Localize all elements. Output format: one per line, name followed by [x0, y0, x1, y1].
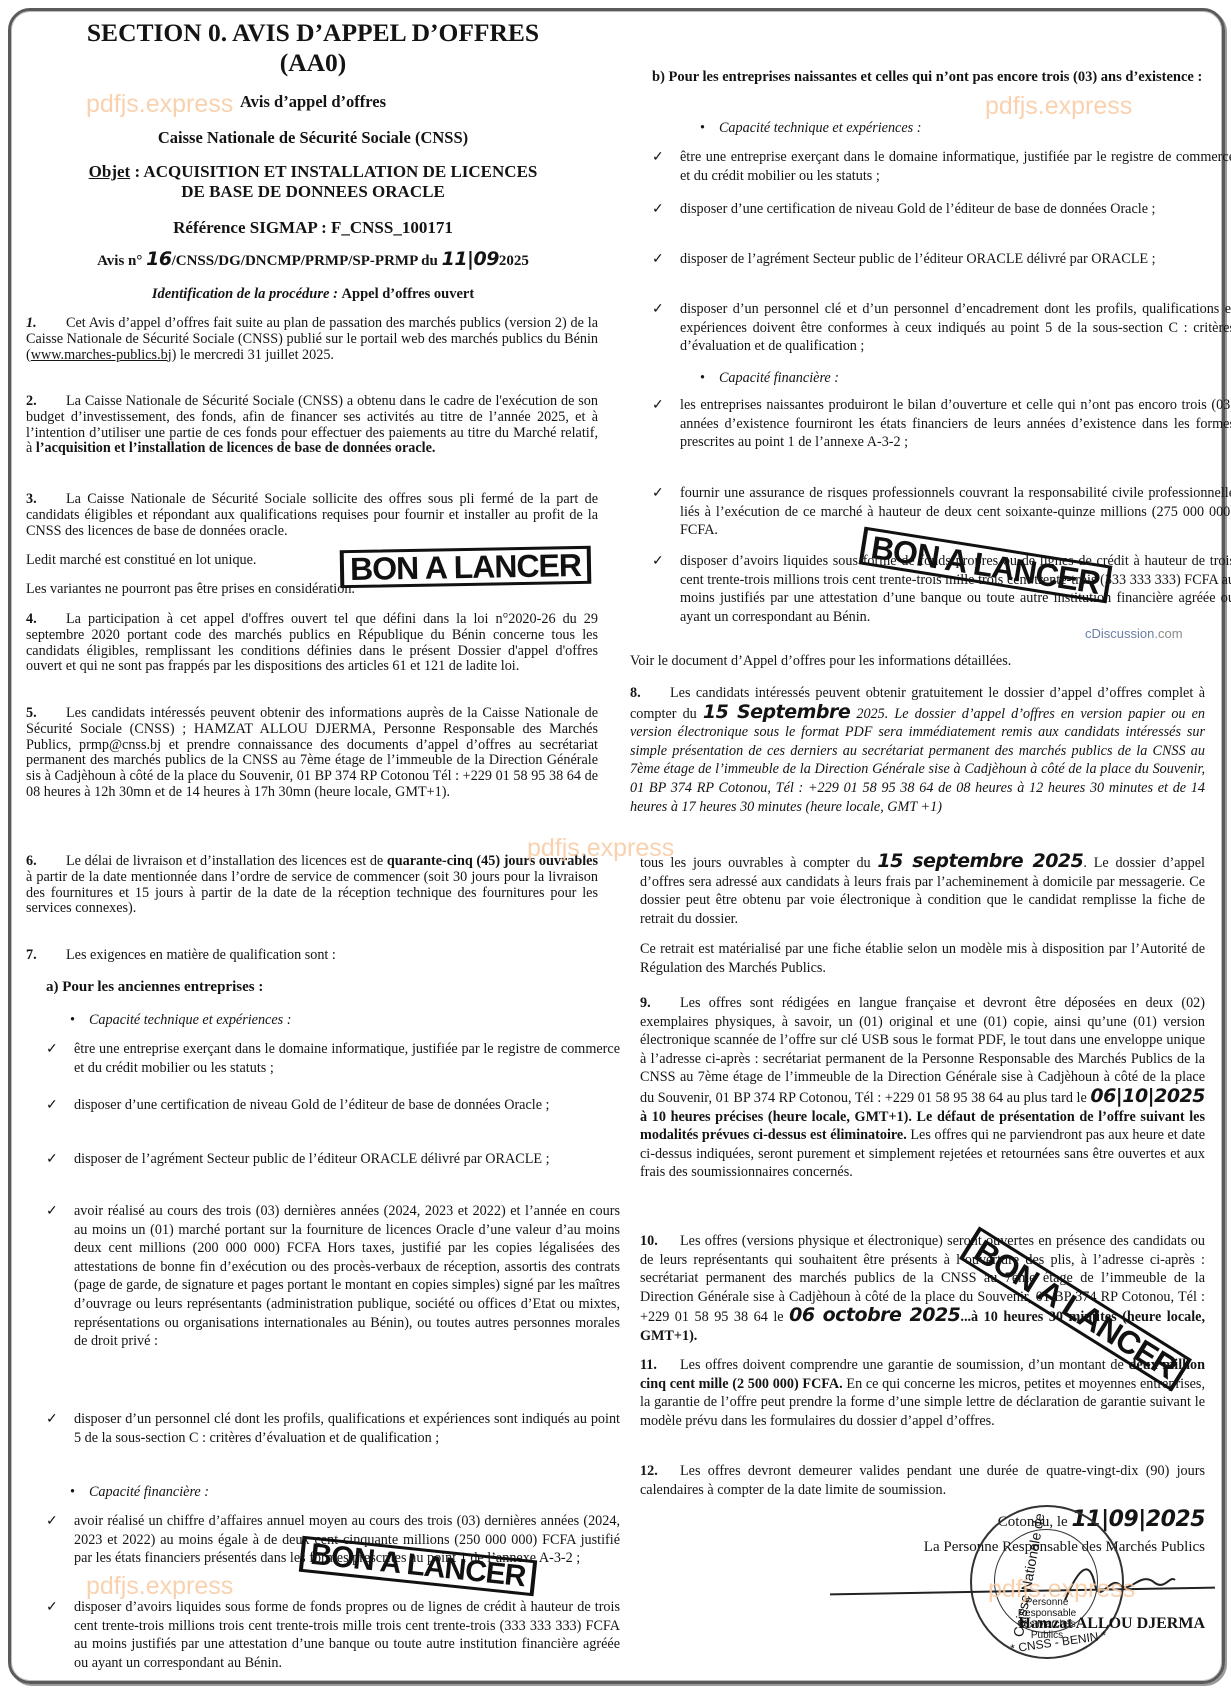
retrait-note: Ce retrait est matérialisé par une fiche…: [640, 940, 1205, 977]
paragraph-number: 12.: [640, 1462, 680, 1481]
paragraph-1: 1.Cet Avis d’appel d’offres fait suite a…: [26, 316, 598, 363]
checkmark-icon: ✓: [46, 1150, 58, 1169]
bullet-technical-b: •Capacité technique et expériences :: [700, 120, 921, 137]
paragraph-11: 11.Les offres doivent comprendre une gar…: [640, 1356, 1205, 1430]
paragraph-number: 4.: [26, 612, 66, 628]
portal-link[interactable]: www.marches-publics.bj: [31, 347, 172, 363]
section-title-line1: SECTION 0. AVIS D’APPEL D’OFFRES: [26, 18, 600, 48]
paragraph-number: 7.: [26, 948, 66, 964]
checkmark-icon: ✓: [46, 1202, 58, 1221]
paragraph-text: Les exigences en matière de qualificatio…: [66, 947, 336, 963]
paragraph-8-continued: tous les jours ouvrables à compter du 15…: [640, 852, 1205, 928]
paragraph-number: 6.: [26, 854, 66, 870]
requirement-item: ✓fournir une assurance de risques profes…: [652, 484, 1231, 540]
requirement-item: ✓les entreprises naissantes produiront l…: [652, 396, 1231, 452]
requirement-text: être une entreprise exerçant dans le dom…: [74, 1041, 620, 1076]
paragraph-12: 12.Les offres devront demeurer valides p…: [640, 1462, 1205, 1499]
bullet-icon: •: [700, 120, 705, 136]
procedure-identification: Identification de la procédure : Appel d…: [26, 286, 600, 303]
avis-number-handwritten: 16: [146, 248, 171, 270]
paragraph-text: La Caisse Nationale de Sécurité Sociale …: [26, 491, 598, 539]
paragraph-text-after: ) le mercredi 31 juillet 2025.: [172, 347, 334, 363]
section-title: SECTION 0. AVIS D’APPEL D’OFFRES (AA0): [26, 18, 600, 78]
avis-middle: /CNSS/DG/DNCMP/PRMP/SP-PRMP du: [172, 253, 442, 269]
checkmark-icon: ✓: [652, 484, 664, 503]
requirement-item: ✓disposer d’une certification de niveau …: [652, 200, 1231, 219]
handwritten-date: 15 Septembre: [703, 701, 850, 723]
checkmark-icon: ✓: [46, 1512, 58, 1531]
requirement-text: disposer d’une certification de niveau G…: [74, 1097, 550, 1113]
requirement-text: les entreprises naissantes produiront le…: [680, 397, 1231, 450]
secondary-watermark: cDiscussion.com: [1085, 626, 1183, 641]
paragraph-9: 9.Les offres sont rédigées en langue fra…: [640, 994, 1205, 1182]
paragraph-number: 1.: [26, 316, 66, 332]
paragraph-number: 2.: [26, 394, 66, 410]
sigmap-reference: Référence SIGMAP : F_CNSS_100171: [26, 218, 600, 238]
requirement-item: ✓disposer d’un personnel clé dont les pr…: [46, 1410, 620, 1447]
bon-a-lancer-stamp: BON A LANCER: [340, 546, 592, 588]
checkmark-icon: ✓: [652, 200, 664, 219]
checkmark-icon: ✓: [652, 300, 664, 319]
paragraph-number: 3.: [26, 492, 66, 508]
paragraph-text-after: à partir de la date mentionnée dans l’or…: [26, 869, 598, 917]
paragraph-number: 9.: [640, 994, 680, 1013]
requirement-item: ✓disposer d’une certification de niveau …: [46, 1096, 620, 1115]
paragraph-6: 6.Le délai de livraison et d’installatio…: [26, 854, 598, 917]
signatory-name: Hamzat ALLOU DJERMA: [1000, 1616, 1205, 1632]
requirement-text: disposer de l’agrément Secteur public de…: [680, 251, 1156, 267]
organization-name: Caisse Nationale de Sécurité Sociale (CN…: [26, 128, 600, 148]
avis-prefix: Avis n°: [97, 253, 146, 269]
avis-year: 2025: [499, 253, 529, 269]
bullet-technical-a: •Capacité technique et expériences :: [70, 1012, 291, 1029]
paragraph-7: 7.Les exigences en matière de qualificat…: [26, 948, 598, 964]
requirement-text: disposer de l’agrément Secteur public de…: [74, 1151, 550, 1167]
requirement-item: ✓disposer de l’agrément Secteur public d…: [46, 1150, 620, 1169]
paragraph-text: Les offres devront demeurer valides pend…: [640, 1463, 1205, 1498]
bullet-label: Capacité technique et expériences :: [719, 120, 921, 136]
requirement-text: fournir une assurance de risques profess…: [680, 485, 1231, 538]
bullet-icon: •: [70, 1012, 75, 1028]
bullet-financial-a: •Capacité financière :: [70, 1484, 209, 1501]
checkmark-icon: ✓: [46, 1410, 58, 1429]
object-text-2: DE BASE DE DONNEES ORACLE: [181, 182, 445, 201]
bullet-icon: •: [70, 1484, 75, 1500]
bullet-label: Capacité financière :: [89, 1484, 209, 1500]
requirement-text: disposer d’une certification de niveau G…: [680, 201, 1156, 217]
requirement-text: être une entreprise exerçant dans le dom…: [680, 149, 1231, 184]
handwritten-date: 06|10|2025: [1090, 1085, 1205, 1107]
requirement-item: ✓disposer d’avoirs liquides sous forme d…: [46, 1598, 620, 1672]
subsection-a-heading: a) Pour les anciennes entreprises :: [46, 978, 263, 997]
requirement-item: ✓disposer de l’agrément Secteur public d…: [652, 250, 1231, 269]
object-heading: Objet : ACQUISITION ET INSTALLATION DE L…: [26, 162, 600, 202]
paragraph-number: 10.: [640, 1232, 680, 1251]
watermark-brand: cDiscussion: [1085, 626, 1154, 641]
procedure-value: Appel d’offres ouvert: [342, 286, 475, 302]
handwritten-date: 15 septembre 2025: [877, 850, 1083, 872]
notice-type: Avis d’appel d’offres: [26, 92, 600, 112]
paragraph-text: La participation à cet appel d'offres ou…: [26, 611, 598, 674]
watermark-tld: .com: [1154, 626, 1182, 641]
checkmark-icon: ✓: [652, 396, 664, 415]
paragraph-bold: quarante-cinq (45) jours ouvrables: [387, 853, 598, 869]
avis-date-handwritten: 11|09: [442, 248, 499, 270]
subsection-b-heading: b) Pour les entreprises naissantes et ce…: [652, 68, 1207, 87]
paragraph-8: 8.Les candidats intéressés peuvent obten…: [630, 684, 1205, 816]
object-text-1: : ACQUISITION ET INSTALLATION DE LICENCE…: [130, 162, 537, 181]
section-title-line2: (AA0): [26, 48, 600, 78]
paragraph-2: 2.La Caisse Nationale de Sécurité Social…: [26, 394, 598, 457]
bullet-label: Capacité technique et expériences :: [89, 1012, 291, 1028]
paragraph-text: tous les jours ouvrables à compter du: [640, 855, 877, 871]
handwritten-date: 06 octobre 2025: [789, 1304, 960, 1326]
procedure-label: Identification de la procédure :: [152, 286, 342, 302]
checkmark-icon: ✓: [46, 1040, 58, 1059]
paragraph-text: Le délai de livraison et d’installation …: [66, 853, 387, 869]
signature-scribble-icon: [1060, 1555, 1180, 1610]
avis-number: Avis n° 16/CNSS/DG/DNCMP/PRMP/SP-PRMP du…: [26, 248, 600, 270]
bullet-icon: •: [700, 370, 705, 386]
paragraph-5: 5.Les candidats intéressés peuvent obten…: [26, 706, 598, 801]
requirement-item: ✓être une entreprise exerçant dans le do…: [652, 148, 1231, 185]
paragraph-number: 11.: [640, 1356, 680, 1375]
paragraph-4: 4.La participation à cet appel d'offres …: [26, 612, 598, 675]
requirement-item: ✓être une entreprise exerçant dans le do…: [46, 1040, 620, 1077]
requirement-text: disposer d’un personnel clé dont les pro…: [74, 1411, 620, 1446]
see-document-note: Voir le document d’Appel d’offres pour l…: [630, 654, 1205, 670]
checkmark-icon: ✓: [46, 1096, 58, 1115]
bullet-label: Capacité financière :: [719, 370, 839, 386]
paragraph-text: Les offres doivent comprendre une garant…: [680, 1357, 1129, 1373]
checkmark-icon: ✓: [46, 1598, 58, 1617]
requirement-text: disposer d’un personnel clé et d’un pers…: [680, 301, 1231, 354]
paragraph-text: Les candidats intéressés peuvent obtenir…: [26, 705, 598, 800]
requirement-item: ✓disposer d’un personnel clé et d’un per…: [652, 300, 1231, 356]
paragraph-3: 3.La Caisse Nationale de Sécurité Social…: [26, 492, 598, 539]
object-label: Objet: [89, 162, 131, 181]
checkmark-icon: ✓: [652, 250, 664, 269]
checkmark-icon: ✓: [652, 552, 664, 571]
requirement-text: disposer d’avoirs liquides sous forme de…: [74, 1599, 620, 1671]
requirement-text: avoir réalisé au cours des trois (03) de…: [74, 1203, 620, 1349]
bullet-financial-b: •Capacité financière :: [700, 370, 839, 387]
checkmark-icon: ✓: [652, 148, 664, 167]
requirement-item: ✓avoir réalisé au cours des trois (03) d…: [46, 1202, 620, 1351]
paragraph-bold: l’acquisition et l’installation de licen…: [36, 440, 436, 456]
paragraph-number: 5.: [26, 706, 66, 722]
paragraph-number: 8.: [630, 684, 670, 703]
